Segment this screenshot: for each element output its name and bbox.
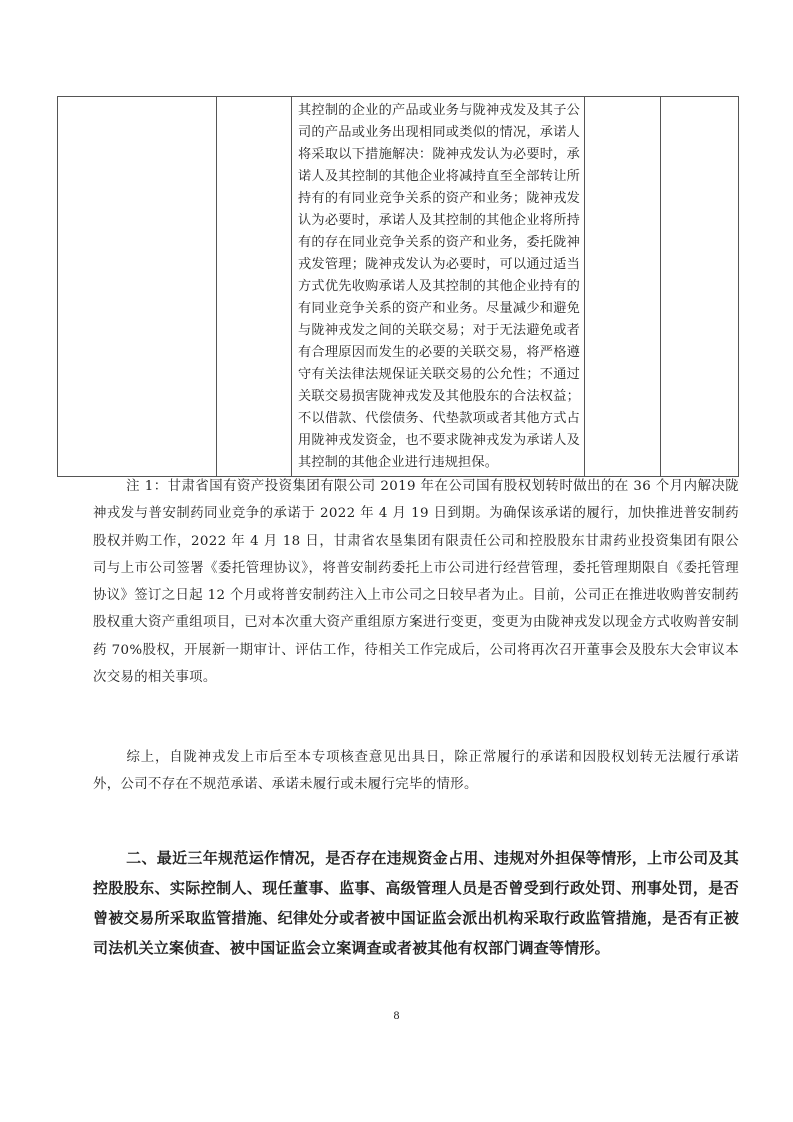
document-page: 其控制的企业的产品或业务与陇神戎发及其子公司的产品或业务出现相同或类似的情况，承… xyxy=(0,0,793,1122)
table-cell-commitment-period xyxy=(585,97,661,477)
page-number: 8 xyxy=(0,1008,793,1023)
table-cell-committer xyxy=(58,97,217,477)
section-heading-text: 二、最近三年规范运作情况，是否存在违规资金占用、违规对外担保等情形，上市公司及其… xyxy=(93,849,739,957)
note-text: 注 1：甘肃省国有资产投资集团有限公司 2019 年在公司国有股权划转时做出的在… xyxy=(93,479,739,685)
commitment-table: 其控制的企业的产品或业务与陇神戎发及其子公司的产品或业务出现相同或类似的情况，承… xyxy=(57,96,739,477)
summary-text: 综上，自陇神戎发上市后至本专项核查意见出具日，除正常履行的承诺和因股权划转无法履… xyxy=(93,750,739,792)
commitment-content-text: 其控制的企业的产品或业务与陇神戎发及其子公司的产品或业务出现相同或类似的情况，承… xyxy=(292,97,584,476)
section-heading: 二、最近三年规范运作情况，是否存在违规资金占用、违规对外担保等情形，上市公司及其… xyxy=(93,843,739,963)
table-row: 其控制的企业的产品或业务与陇神戎发及其子公司的产品或业务出现相同或类似的情况，承… xyxy=(58,97,739,477)
summary-paragraph: 综上，自陇神戎发上市后至本专项核查意见出具日，除正常履行的承诺和因股权划转无法履… xyxy=(93,744,739,798)
table-cell-commitment-content: 其控制的企业的产品或业务与陇神戎发及其子公司的产品或业务出现相同或类似的情况，承… xyxy=(292,97,585,477)
table-cell-commitment-type xyxy=(217,97,292,477)
note-paragraph: 注 1：甘肃省国有资产投资集团有限公司 2019 年在公司国有股权划转时做出的在… xyxy=(93,473,739,691)
table-cell-fulfillment-status xyxy=(661,97,739,477)
